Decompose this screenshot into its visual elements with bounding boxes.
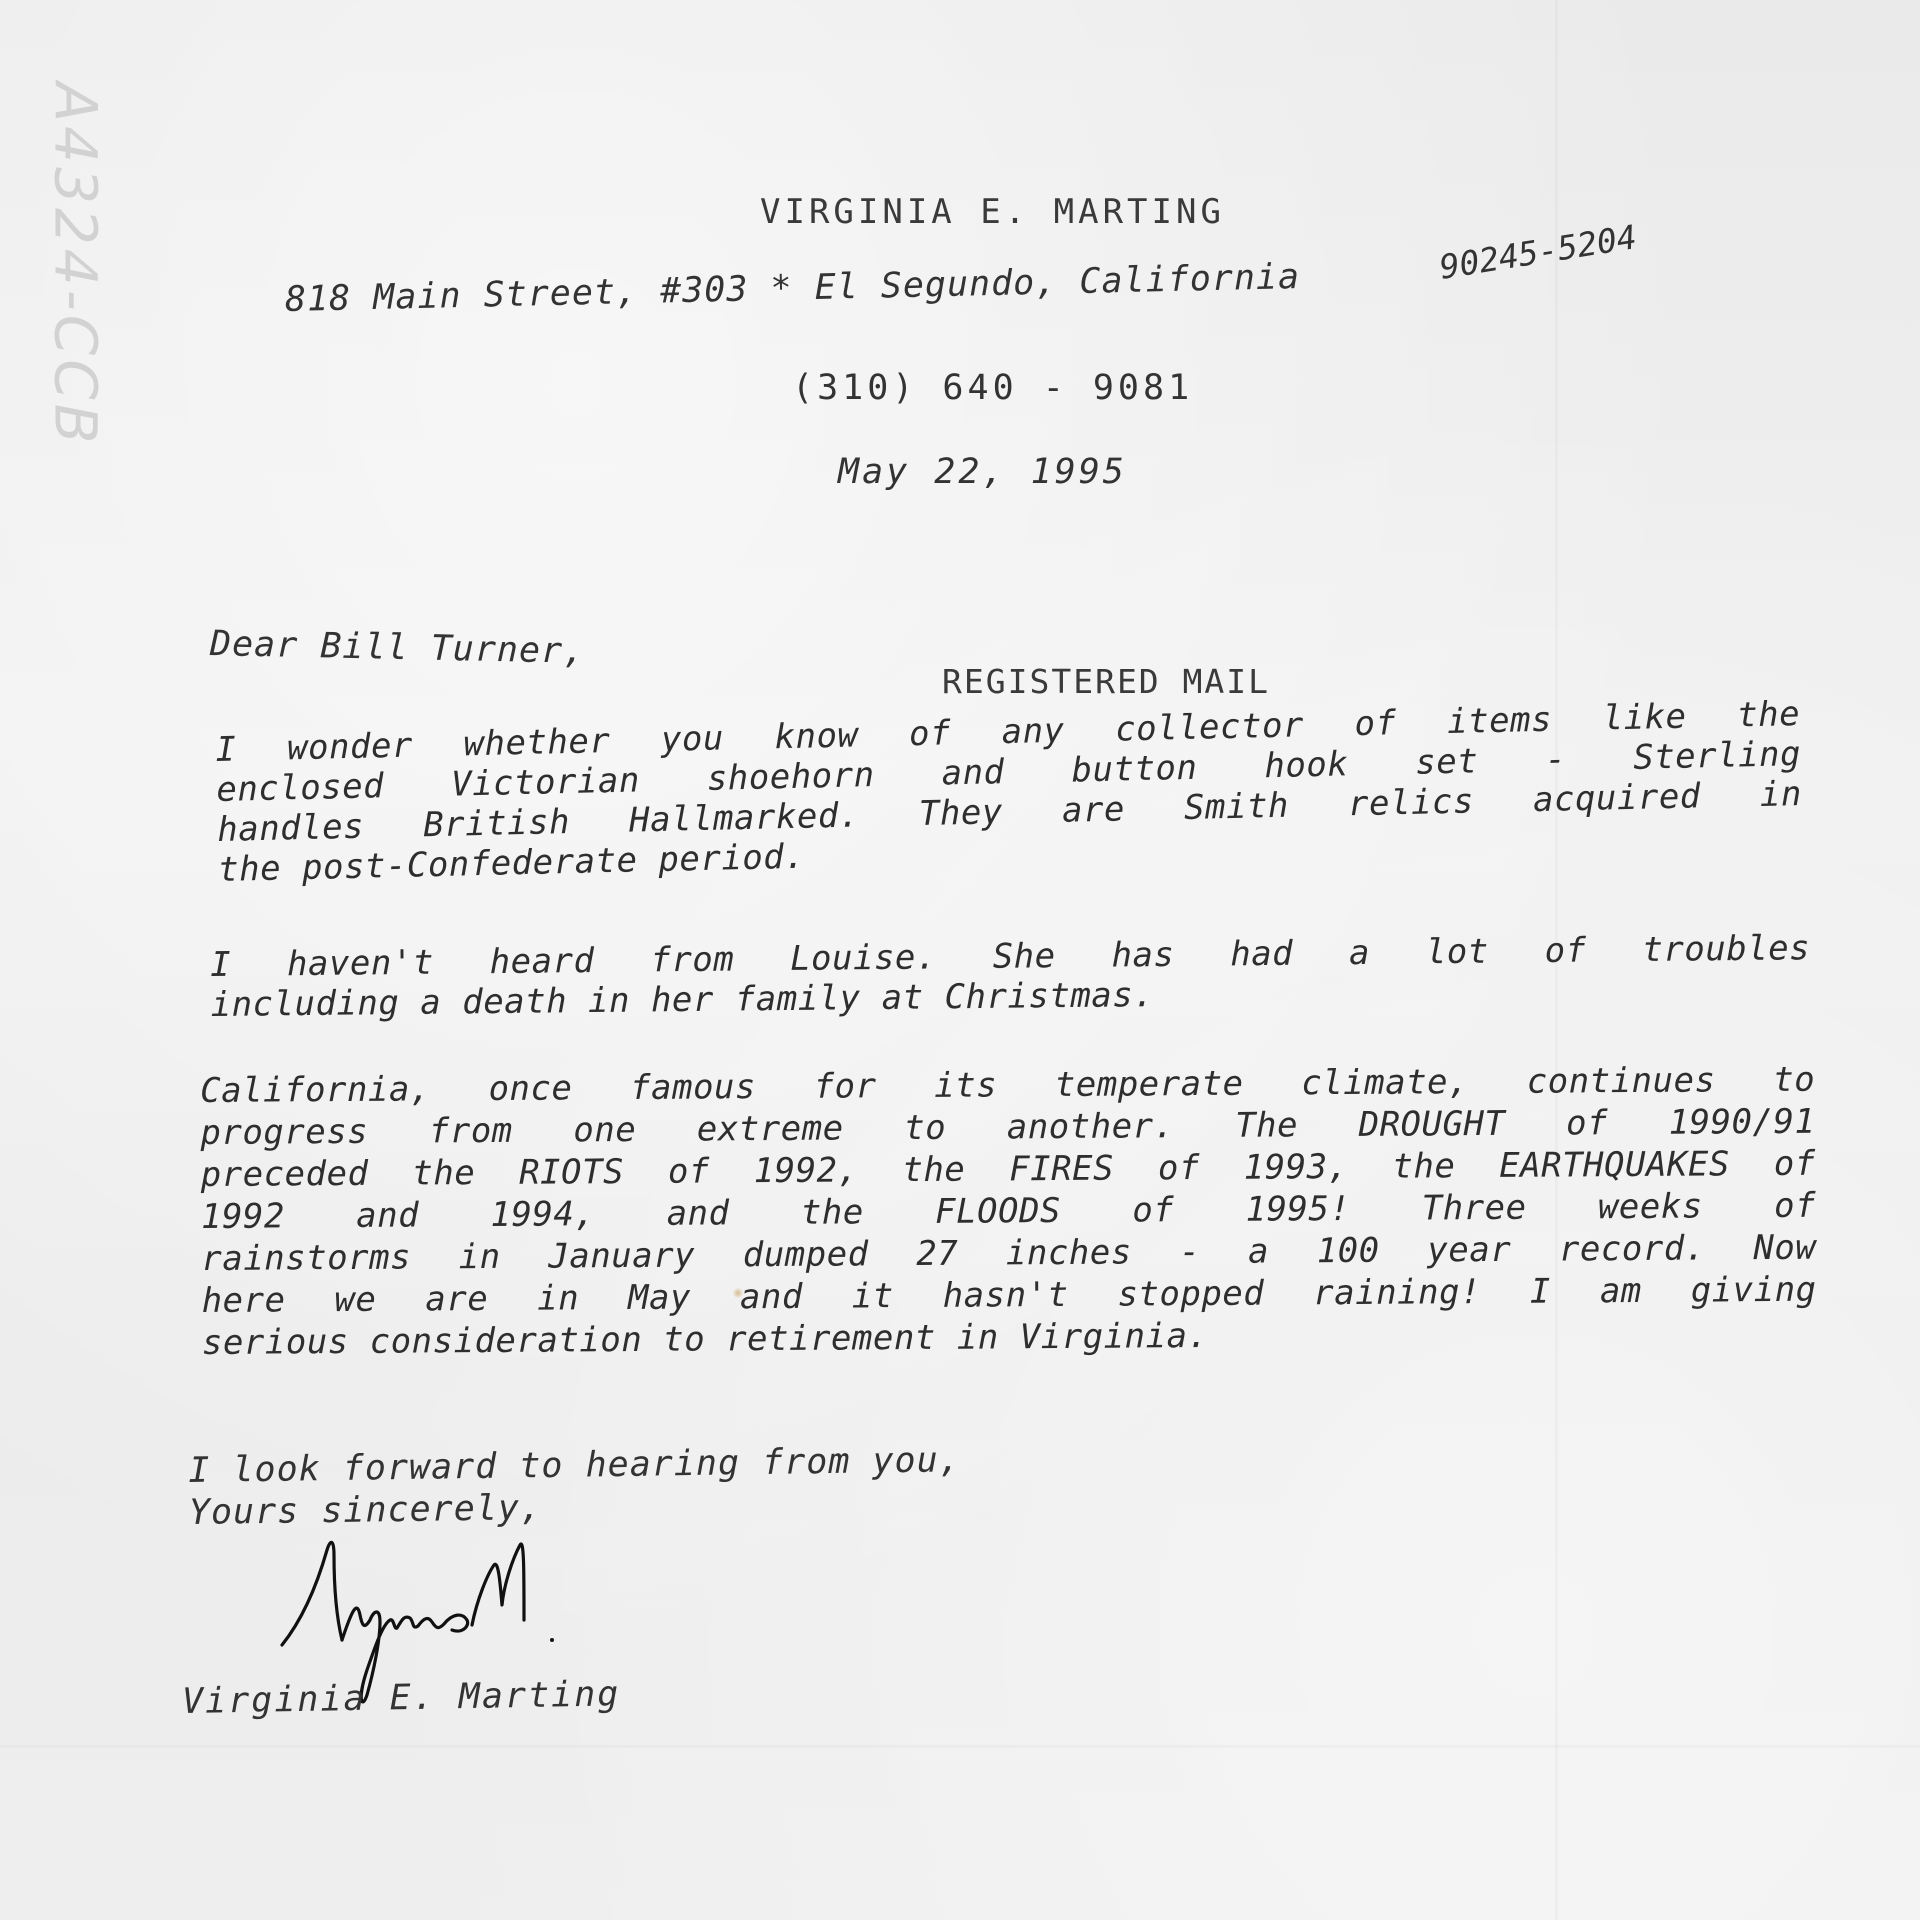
paper-stain: [733, 1287, 743, 1299]
typed-signature-name: Virginia E. Marting: [182, 1674, 621, 1722]
letter-closing: I look forward to hearing from you, Your…: [188, 1439, 962, 1534]
pencil-annotation: A4324-CCB: [30, 95, 120, 435]
letterhead-phone: (310) 640 - 9081: [792, 368, 1193, 408]
registered-mail-notice: REGISTERED MAIL: [942, 662, 1270, 701]
paper-fold-horizontal: [0, 1745, 1920, 1748]
letter-date: May 22, 1995: [838, 452, 1127, 492]
salutation: Dear Bill Turner,: [210, 624, 586, 672]
pencil-annotation-text: A4324-CCB: [41, 83, 109, 448]
paragraph-louise: I haven't heard from Louise. She has had…: [210, 928, 1811, 1025]
letterhead-name: VIRGINIA E. MARTING: [760, 192, 1225, 232]
paragraph-california: California, once famous for its temperat…: [200, 1059, 1817, 1364]
